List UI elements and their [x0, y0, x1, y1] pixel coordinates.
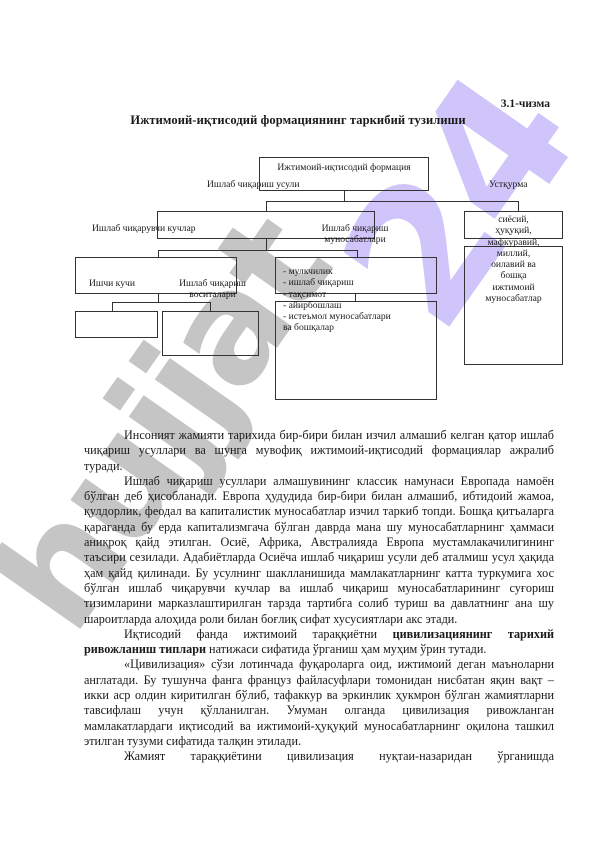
connector	[112, 302, 113, 311]
connector	[266, 201, 267, 211]
relations-list: - мулкчилик - ишлаб чиқариш - тақсимот -…	[283, 266, 391, 334]
superstructure-list: сиёсий, ҳуқуқий, мафкуравий, миллий, оил…	[464, 214, 563, 304]
productive-forces-label: Ишлаб чиқарувчи кучлар	[92, 223, 196, 234]
paragraph-3: Иқтисодий фанда ижтимоий тараққиётни цив…	[84, 627, 554, 658]
means-of-production-label: Ишлаб чиқариш воситалари	[165, 278, 260, 300]
means-empty-box	[162, 311, 259, 356]
connector	[266, 201, 519, 202]
right-branch-label: Устқурма	[489, 179, 527, 190]
connector	[158, 250, 358, 251]
connector	[518, 201, 519, 211]
labor-force-label: Ишчи кучи	[89, 278, 135, 289]
paragraph-4: «Цивилизация» сўзи лотинчада фуқароларга…	[84, 657, 554, 749]
left-branch-label: Ишлаб чиқариш усули	[207, 179, 299, 190]
connector	[158, 250, 159, 257]
connector	[158, 294, 159, 302]
paragraph-1: Инсоният жамияти тарихида бир-бири билан…	[84, 428, 554, 474]
connector	[266, 239, 267, 250]
paragraph-2: Ишлаб чиқариш усуллари алмашувининг клас…	[84, 474, 554, 627]
figure-number: 3.1-чизма	[501, 98, 550, 110]
root-label-line1: Ижтимоий-иқтисодий формация	[259, 162, 429, 173]
body-text: Инсоният жамияти тарихида бир-бири билан…	[84, 428, 554, 765]
connector	[357, 250, 358, 257]
production-relations-label: Ишлаб чиқариш муносабатлари	[300, 223, 410, 245]
connector	[210, 302, 211, 311]
labor-force-empty-box	[75, 311, 158, 338]
connector	[112, 302, 211, 303]
figure-title: Ижтимоий-иқтисодий формациянинг таркибий…	[0, 113, 596, 128]
paragraph-5: Жамият тараққиётини цивилизация нуқтаи-н…	[84, 749, 554, 764]
